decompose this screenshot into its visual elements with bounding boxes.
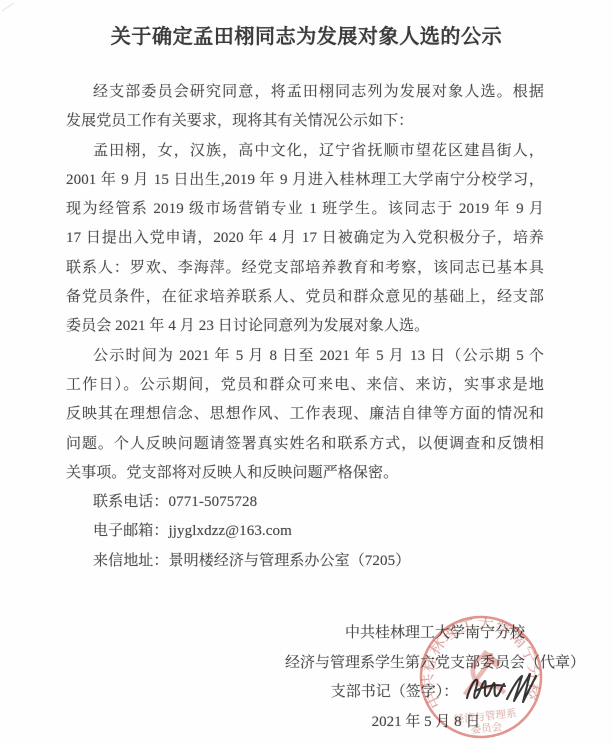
document-title: 关于确定孟田栩同志为发展对象人选的公示 xyxy=(0,20,613,49)
document-body: 经支部委员会研究同意，将孟田栩同志列为发展对象人选。根据发展党员工作有关要求，现… xyxy=(66,78,544,576)
issuer-org-line2: 经济与管理系学生第六党支部委员会（代章） xyxy=(245,649,613,679)
body-line: 备党员条件，在征求培养联系人、党员和群众意见的基础上，经支部 xyxy=(66,283,544,312)
body-line: 工作日）。公示期间，党员和群众可来电、来信、来访，实事求是地 xyxy=(66,371,544,400)
issue-date: 2021 年 5 月 8 日 xyxy=(236,708,613,738)
closing-block: 中共桂林理工大学南宁分校 经济与管理系学生第六党支部委员会（代章） 支部书记（签… xyxy=(245,619,613,738)
body-line: 公示时间为 2021 年 5 月 8 日至 2021 年 5 月 13 日（公示… xyxy=(66,342,544,371)
body-line: 现为经管系 2019 级市场营销专业 1 班学生。该同志于 2019 年 9 月 xyxy=(66,195,544,224)
body-line: 联系人：罗欢、李海萍。经党支部培养教育和考察，该同志已基本具 xyxy=(66,254,544,283)
body-line: 反映其在理想信念、思想作风、工作表现、廉洁自律等方面的情况和 xyxy=(66,400,544,429)
body-line: 问题。个人反映问题请签署真实姓名和联系方式，以便调查和反馈相 xyxy=(66,430,544,459)
scan-artifact-mark xyxy=(1,2,15,12)
body-line: 经支部委员会研究同意，将孟田栩同志列为发展对象人选。根据 xyxy=(66,78,544,107)
body-line: 孟田栩，女，汉族，高中文化，辽宁省抚顺市望花区建昌街人， xyxy=(66,137,544,166)
body-line: 联系电话：0771-5075728 xyxy=(66,488,544,517)
body-line: 来信地址：景明楼经济与管理系办公室（7205） xyxy=(66,547,544,576)
issuer-org-line1: 中共桂林理工大学南宁分校 xyxy=(245,619,613,649)
body-line: 发展党员工作有关要求，现将其有关情况公示如下： xyxy=(66,107,544,136)
signature-label: 支部书记（签字）： xyxy=(331,678,459,708)
body-line: 2001 年 9 月 15 日出生,2019 年 9 月进入桂林理工大学南宁分校… xyxy=(66,166,544,195)
announcement-document: 关于确定孟田栩同志为发展对象人选的公示 经支部委员会研究同意，将孟田栩同志列为发… xyxy=(0,0,613,745)
body-line: 委员会 2021 年 4 月 23 日讨论同意列为发展对象人选。 xyxy=(66,312,544,341)
body-line: 电子邮箱：jjyglxdzz@163.com xyxy=(66,517,544,546)
body-line: 关事项。党支部将对反映人和反映问题严格保密。 xyxy=(66,459,544,488)
handwritten-signature xyxy=(463,671,539,707)
signature-line: 支部书记（签字）： xyxy=(245,678,613,708)
body-line: 17 日提出入党申请，2020 年 4 月 17 日被确定为入党积极分子，培养 xyxy=(66,224,544,253)
